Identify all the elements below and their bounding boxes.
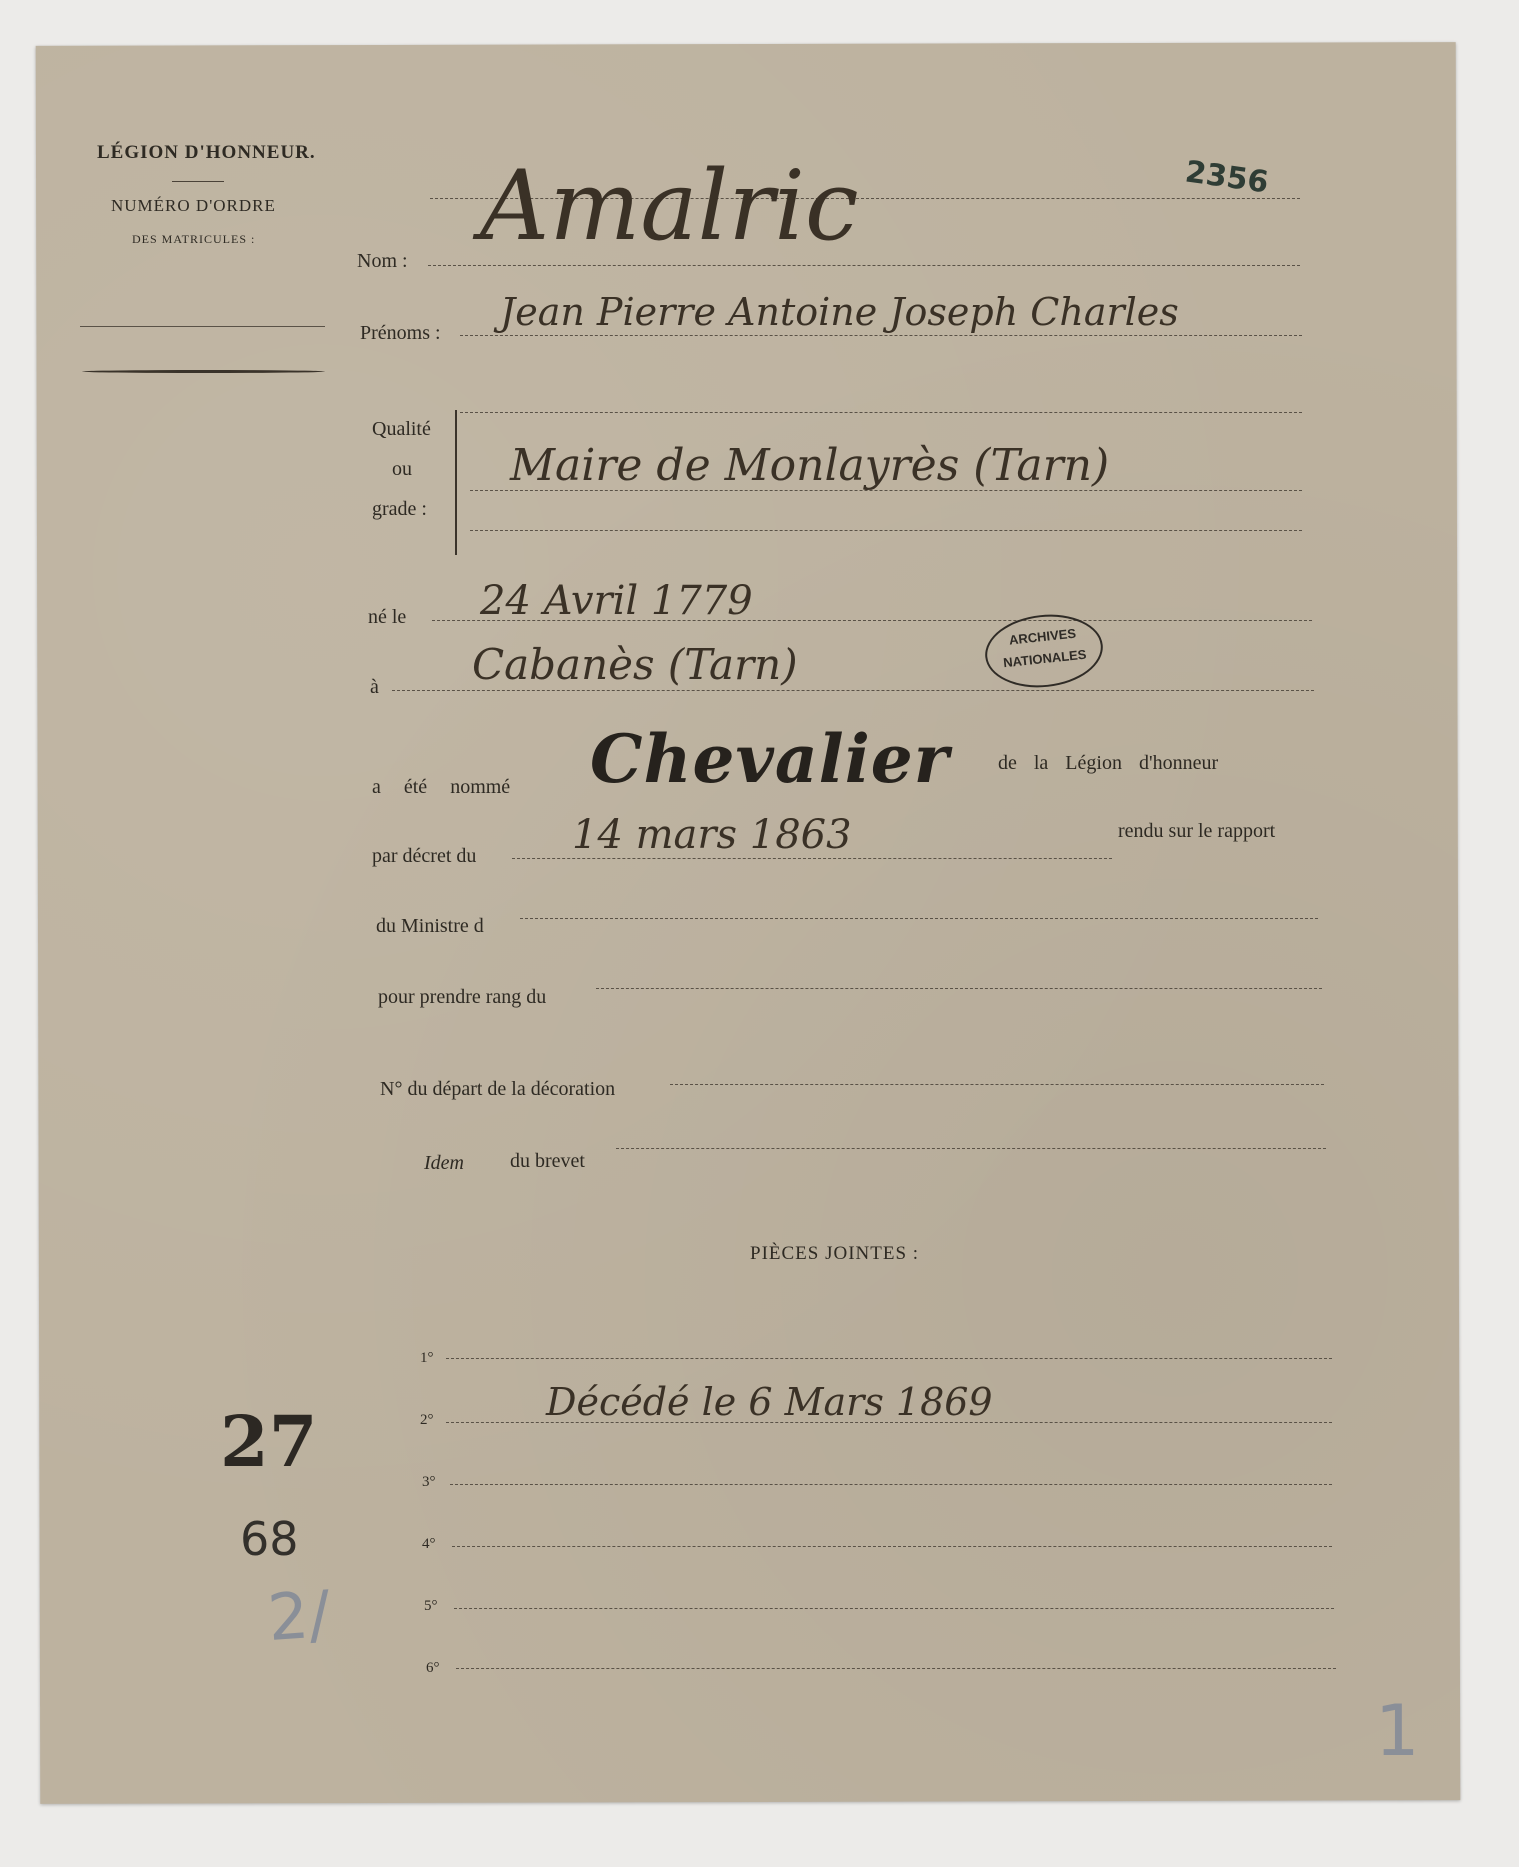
- piece-2-label: 2°: [420, 1412, 434, 1429]
- piece-2-line: [446, 1422, 1332, 1423]
- nom-value: Amalric: [480, 150, 859, 262]
- rapport-label: rendu sur le rapport: [1118, 820, 1275, 843]
- piece-5-label: 5°: [424, 1598, 438, 1615]
- organization-title: LÉGION D'HONNEUR.: [97, 142, 316, 164]
- qualite-value: Maire de Monlayrès (Tarn): [510, 440, 1109, 491]
- prenoms-value: Jean Pierre Antoine Joseph Charles: [500, 290, 1179, 334]
- matricule-label: DES MATRICULES :: [132, 232, 255, 247]
- piece-1-label: 1°: [420, 1350, 434, 1367]
- piece-1-line: [446, 1358, 1332, 1359]
- ornamental-rule: [82, 370, 325, 373]
- decret-value: 14 mars 1863: [572, 812, 852, 858]
- ne-le-line: [432, 620, 1312, 621]
- nom-label: Nom :: [357, 250, 408, 273]
- box-number: 27: [220, 1400, 317, 1483]
- order-number-label: NUMÉRO D'ORDRE: [111, 196, 276, 216]
- grade-chevalier: Chevalier: [590, 720, 950, 798]
- piece-2-value: Décédé le 6 Mars 1869: [546, 1380, 993, 1424]
- nom-line: [428, 265, 1300, 266]
- stamp-line-2: NATIONALES: [987, 645, 1102, 672]
- pieces-jointes-title: PIÈCES JOINTES :: [750, 1243, 919, 1265]
- qualite-upper-line: [460, 412, 1302, 413]
- piece-4-line: [452, 1546, 1332, 1547]
- piece-6-line: [456, 1668, 1336, 1669]
- a-line: [392, 690, 1314, 691]
- piece-3-line: [450, 1484, 1332, 1485]
- qualite-or-label: ou: [392, 458, 412, 481]
- prenoms-label: Prénoms :: [360, 322, 441, 345]
- brevet-label: du brevet: [510, 1150, 585, 1173]
- header-divider: [172, 181, 224, 182]
- grade-label: grade :: [372, 498, 427, 521]
- piece-4-label: 4°: [422, 1536, 436, 1553]
- rang-label: pour prendre rang du: [378, 986, 546, 1009]
- ne-le-label: né le: [368, 606, 406, 629]
- nomme-label: a été nommé: [372, 776, 510, 799]
- ministre-label: du Ministre d: [376, 915, 484, 938]
- a-value: Cabanès (Tarn): [472, 640, 798, 689]
- qualite-label: Qualité: [372, 418, 431, 441]
- order-number-line: [80, 326, 325, 327]
- ministre-line: [520, 918, 1318, 919]
- page-number: 1: [1375, 1690, 1420, 1772]
- qualite-line: [470, 490, 1302, 491]
- piece-5-line: [454, 1608, 1334, 1609]
- depart-label: N° du départ de la décoration: [380, 1078, 615, 1101]
- legion-label: de la Légion d'honneur: [998, 752, 1218, 775]
- brevet-line: [616, 1148, 1326, 1149]
- depart-line: [670, 1084, 1324, 1085]
- decret-label: par décret du: [372, 845, 476, 868]
- qualite-brace: [455, 410, 457, 555]
- sub-number: 68: [240, 1512, 299, 1566]
- decret-line: [512, 858, 1112, 859]
- pencil-note: 2/: [265, 1578, 332, 1656]
- piece-3-label: 3°: [422, 1474, 436, 1491]
- qualite-lower-line: [470, 530, 1302, 531]
- prenoms-line: [460, 335, 1302, 336]
- piece-6-label: 6°: [426, 1660, 440, 1677]
- idem-label: Idem: [424, 1152, 464, 1175]
- ne-le-value: 24 Avril 1779: [480, 578, 753, 624]
- rang-line: [596, 988, 1322, 989]
- a-label: à: [370, 676, 379, 699]
